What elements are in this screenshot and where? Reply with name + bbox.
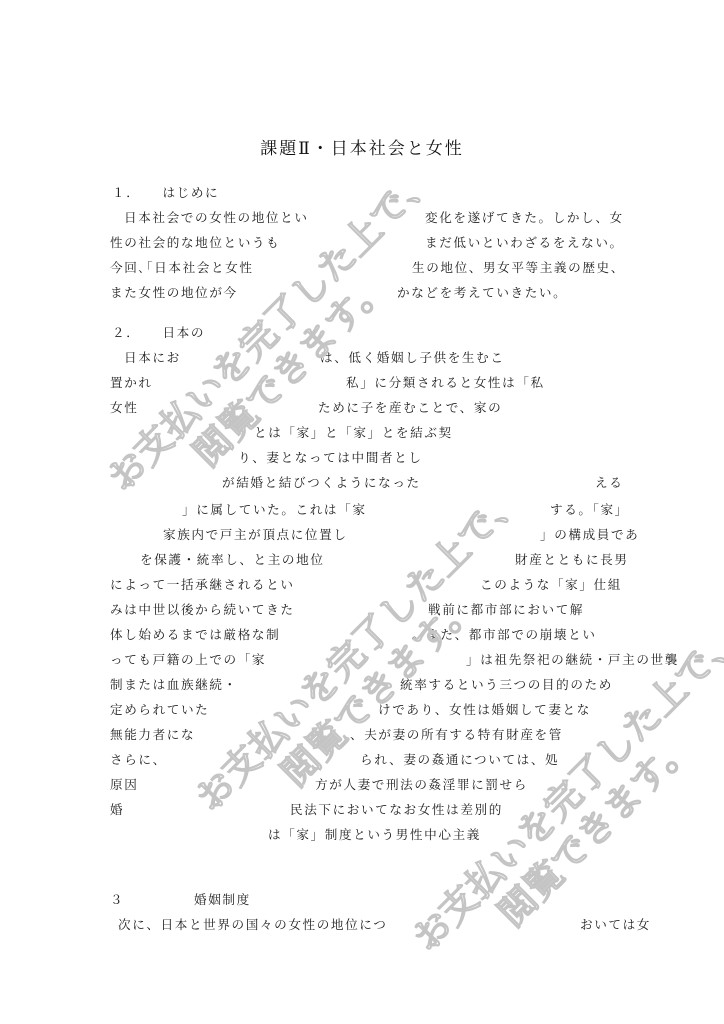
text-line: 性の社会的な地位というも [110,236,280,250]
text-line: 」に属していた。これは「家 [182,503,367,517]
text-line: っても戸籍の上での「家 [110,653,266,667]
text-line: える [595,476,623,490]
text-line: り、妻となっては中間者とし [238,451,423,465]
text-line: とは「家」と「家」とを結ぶ契 [254,426,453,440]
text-line: 生の地位、男女平等主義の歴史、 [412,261,625,275]
text-line: は、低く婚姻し子供を生むこ [320,351,505,365]
text-line: このような「家」仕組 [480,578,622,592]
page-title: 課題Ⅱ・日本社会と女性 [0,134,724,159]
watermark-line-2: 閲覧できます。 [435,647,724,991]
text-line: 戦前に都市部において解 [428,603,584,617]
text-line: 無能力者にな [110,728,195,742]
text-line: 婚 [110,803,124,817]
text-line: みは中世以後から続いてきた [110,603,295,617]
text-line: 女性 [110,401,138,415]
text-line: ために子を産むことで、家の [318,401,502,415]
text-line: 民法下においてなお女性は差別的 [290,803,503,817]
text-line: 原因 [110,778,138,792]
text-line: 日本にお [124,351,181,365]
text-line: かなどを考えていきたい。 [397,286,567,300]
text-line: 家族内で戸主が頂点に位置し [163,528,348,542]
text-line: する。「家」 [550,503,629,517]
text-line: 定められていた [110,703,209,717]
text-line: 体し始めるまでは厳格な制 [110,628,280,642]
text-line: は「家」制度という男性中心主義 [268,828,481,842]
text-line: を保護・統率し、と主の地位 [140,553,325,567]
text-line: 日本社会での女性の地位とい [124,211,309,225]
text-line: 制または血族継続・ [110,678,238,692]
text-line: 置かれ [110,376,153,390]
document-page: 課題Ⅱ・日本社会と女性 １． はじめに日本社会での女性の地位とい変化を遂げてきた… [0,0,724,1024]
text-line: ２． 日本の [112,326,205,340]
text-line: 財産とともに長男 [515,553,629,567]
text-line: によって一括承継されるとい [110,578,295,592]
text-line: 」は祖先祭祀の継続・戸主の世襲 [466,653,679,667]
text-line: 、夫が妻の所有する特有財産を管 [350,728,563,742]
text-line: が結婚と結びつくようになった [222,476,421,490]
text-line: 次に、日本と世界の国々の女性の地位につ [118,918,387,932]
text-line: 統率するという三つの目的のため [400,678,613,692]
text-line: 婚姻制度 [194,893,251,907]
text-line: また女性の地位が今 [110,286,238,300]
text-line: けであり、女性は婚姻して妻とな [378,703,591,717]
text-line: 私」に分類されると女性は「私 [346,376,545,390]
text-line: おいては女 [580,918,651,932]
text-line: 」の構成員であ [540,528,639,542]
text-line: 変化を遂げてきた。しかし、女 [425,211,624,225]
text-line: １． はじめに [112,186,219,200]
text-line: 方が人妻で刑法の姦淫罪に罰せら [315,778,528,792]
text-line: 。また、都市部での崩壊とい [412,628,597,642]
text-line: さらに、 [110,753,167,767]
text-line: ３ [110,893,124,907]
text-line: 今回､｢日本社会と女性 [110,261,254,275]
text-line: まだ低いといわざるをえない。 [425,236,624,250]
text-line: られ、妻の姦通については、処 [360,753,559,767]
